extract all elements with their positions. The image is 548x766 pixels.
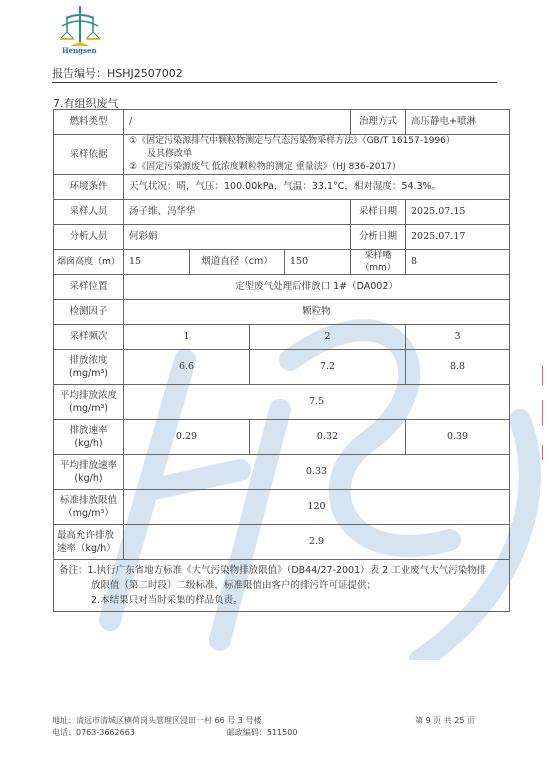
frequency-label: 采样频次 [54,325,124,350]
row-environment: 环境条件 天气状况：晴，气压：100.00kPa，气温：33.1°C，相对湿度：… [54,175,510,200]
max-rate-value: 2.9 [124,525,510,560]
location-value: 定型废气处理后排放口 1#（DA002） [124,275,510,300]
analysts-label: 分析人员 [54,225,124,250]
max-rate-label: 最高允许排放速率（kg/h） [54,525,124,560]
factor-label: 检测因子 [54,300,124,325]
report-number-value: HSHJ2507002 [107,67,183,80]
frequency-3: 3 [406,325,510,350]
avg-concentration-label: 平均排放浓度(mg/m³) [54,385,124,420]
basis-value: ①《固定污染源排气中颗粒物测定与气态污染物采样方法》（GB/T 16157-19… [124,135,510,175]
analysis-date-label: 分析日期 [351,225,406,250]
row-avg-rate: 平均排放速率(kg/h) 0.33 [54,455,510,490]
row-max-rate: 最高允许排放速率（kg/h） 2.9 [54,525,510,560]
environment-value: 天气状况：晴，气压：100.00kPa，气温：33.1°C，相对湿度：54.3%… [124,175,510,200]
row-concentration: 排放浓度(mg/m³) 6.6 7.2 8.8 [54,350,510,385]
stack-height-value: 15 [124,250,190,275]
samplers-value: 汤子维、冯华华 [124,200,351,225]
duct-diameter-label: 烟道直径（cm） [190,250,285,275]
row-basis: 采样依据 ①《固定污染源排气中颗粒物测定与气态污染物采样方法》（GB/T 161… [54,135,510,175]
note-line-1b: 放限值（第二时段）二级标准，标准限值由客户的排污许可证提供； [59,578,504,593]
location-label: 采样位置 [54,275,124,300]
emission-table: 燃料类型 / 治理方式 高压静电+喷淋 采样依据 ①《固定污染源排气中颗粒物测定… [53,109,509,612]
limit-value: 120 [124,490,510,525]
rate-2: 0.32 [250,420,406,455]
row-rate: 排放速率(kg/h) 0.29 0.32 0.39 [54,420,510,455]
samplers-label: 采样人员 [54,200,124,225]
avg-rate-value: 0.33 [124,455,510,490]
environment-label: 环境条件 [54,175,124,200]
page-number: 第 9 页 共 25 页 [415,715,475,726]
row-samplers: 采样人员 汤子维、冯华华 采样日期 2025.07.15 [54,200,510,225]
avg-concentration-value: 7.5 [124,385,510,420]
treatment-label: 治理方式 [351,110,406,135]
fuel-type-label: 燃料类型 [54,110,124,135]
red-seal-mark [541,365,544,460]
footer-postal: 邮政编码：511500 [227,728,298,737]
footer-address: 地址：清远市清城区横荷岗头管理区浸田一村 66 号 3 号楼 [52,715,297,727]
note: 备注：1.执行广东省地方标准《大气污染物排放限值》（DB44/27-2001）表… [54,560,510,612]
footer-phone: 电话：0763-3662663 [52,728,135,737]
sampling-date-label: 采样日期 [351,200,406,225]
frequency-1: 1 [124,325,250,350]
note-line-2: 2.本结果只对当时采集的样品负责。 [59,593,504,608]
nozzle-label: 采样嘴（mm） [351,250,406,275]
footer-contact: 地址：清远市清城区横荷岗头管理区浸田一村 66 号 3 号楼 电话：0763-3… [52,715,297,739]
concentration-2: 7.2 [250,350,406,385]
concentration-1: 6.6 [124,350,250,385]
note-prefix: 备注： [59,565,88,576]
rate-label: 排放速率(kg/h) [54,420,124,455]
row-limit: 标准排放限值（mg/m³） 120 [54,490,510,525]
row-stack: 烟囱高度（m） 15 烟道直径（cm） 150 采样嘴（mm） 8 [54,250,510,275]
concentration-3: 8.8 [406,350,510,385]
rate-1: 0.29 [124,420,250,455]
concentration-label: 排放浓度(mg/m³) [54,350,124,385]
logo-text: Hengsen [62,46,97,55]
basis-line-2: ②《固定污染源废气 低浓度颗粒物的测定 重量法》（HJ 836-2017） [129,162,401,172]
factor-value: 颗粒物 [124,300,510,325]
nozzle-value: 8 [406,250,510,275]
fuel-type-value: / [124,110,351,135]
basis-label: 采样依据 [54,135,124,175]
report-number: 报告编号：HSHJ2507002 [52,65,497,83]
analysis-date-value: 2025.07.17 [406,225,510,250]
row-note: 备注：1.执行广东省地方标准《大气污染物排放限值》（DB44/27-2001）表… [54,560,510,612]
row-analysts: 分析人员 何彩娟 分析日期 2025.07.17 [54,225,510,250]
limit-label: 标准排放限值（mg/m³） [54,490,124,525]
treatment-value: 高压静电+喷淋 [406,110,510,135]
rate-3: 0.39 [406,420,510,455]
avg-rate-label: 平均排放速率(kg/h) [54,455,124,490]
duct-diameter-value: 150 [285,250,351,275]
analysts-value: 何彩娟 [124,225,351,250]
sampling-date-value: 2025.07.15 [406,200,510,225]
row-avg-concentration: 平均排放浓度(mg/m³) 7.5 [54,385,510,420]
report-number-label: 报告编号： [52,67,107,80]
row-location: 采样位置 定型废气处理后排放口 1#（DA002） [54,275,510,300]
frequency-2: 2 [250,325,406,350]
row-frequency: 采样频次 1 2 3 [54,325,510,350]
stack-height-label: 烟囱高度（m） [54,250,124,275]
note-line-1: 1.执行广东省地方标准《大气污染物排放限值》（DB44/27-2001）表 2 … [88,565,487,576]
basis-line-1b: 及其修改单 [129,149,192,159]
row-fuel-type: 燃料类型 / 治理方式 高压静电+喷淋 [54,110,510,135]
basis-line-1: ①《固定污染源排气中颗粒物测定与气态污染物采样方法》（GB/T 16157-19… [129,136,455,146]
row-factor: 检测因子 颗粒物 [54,300,510,325]
